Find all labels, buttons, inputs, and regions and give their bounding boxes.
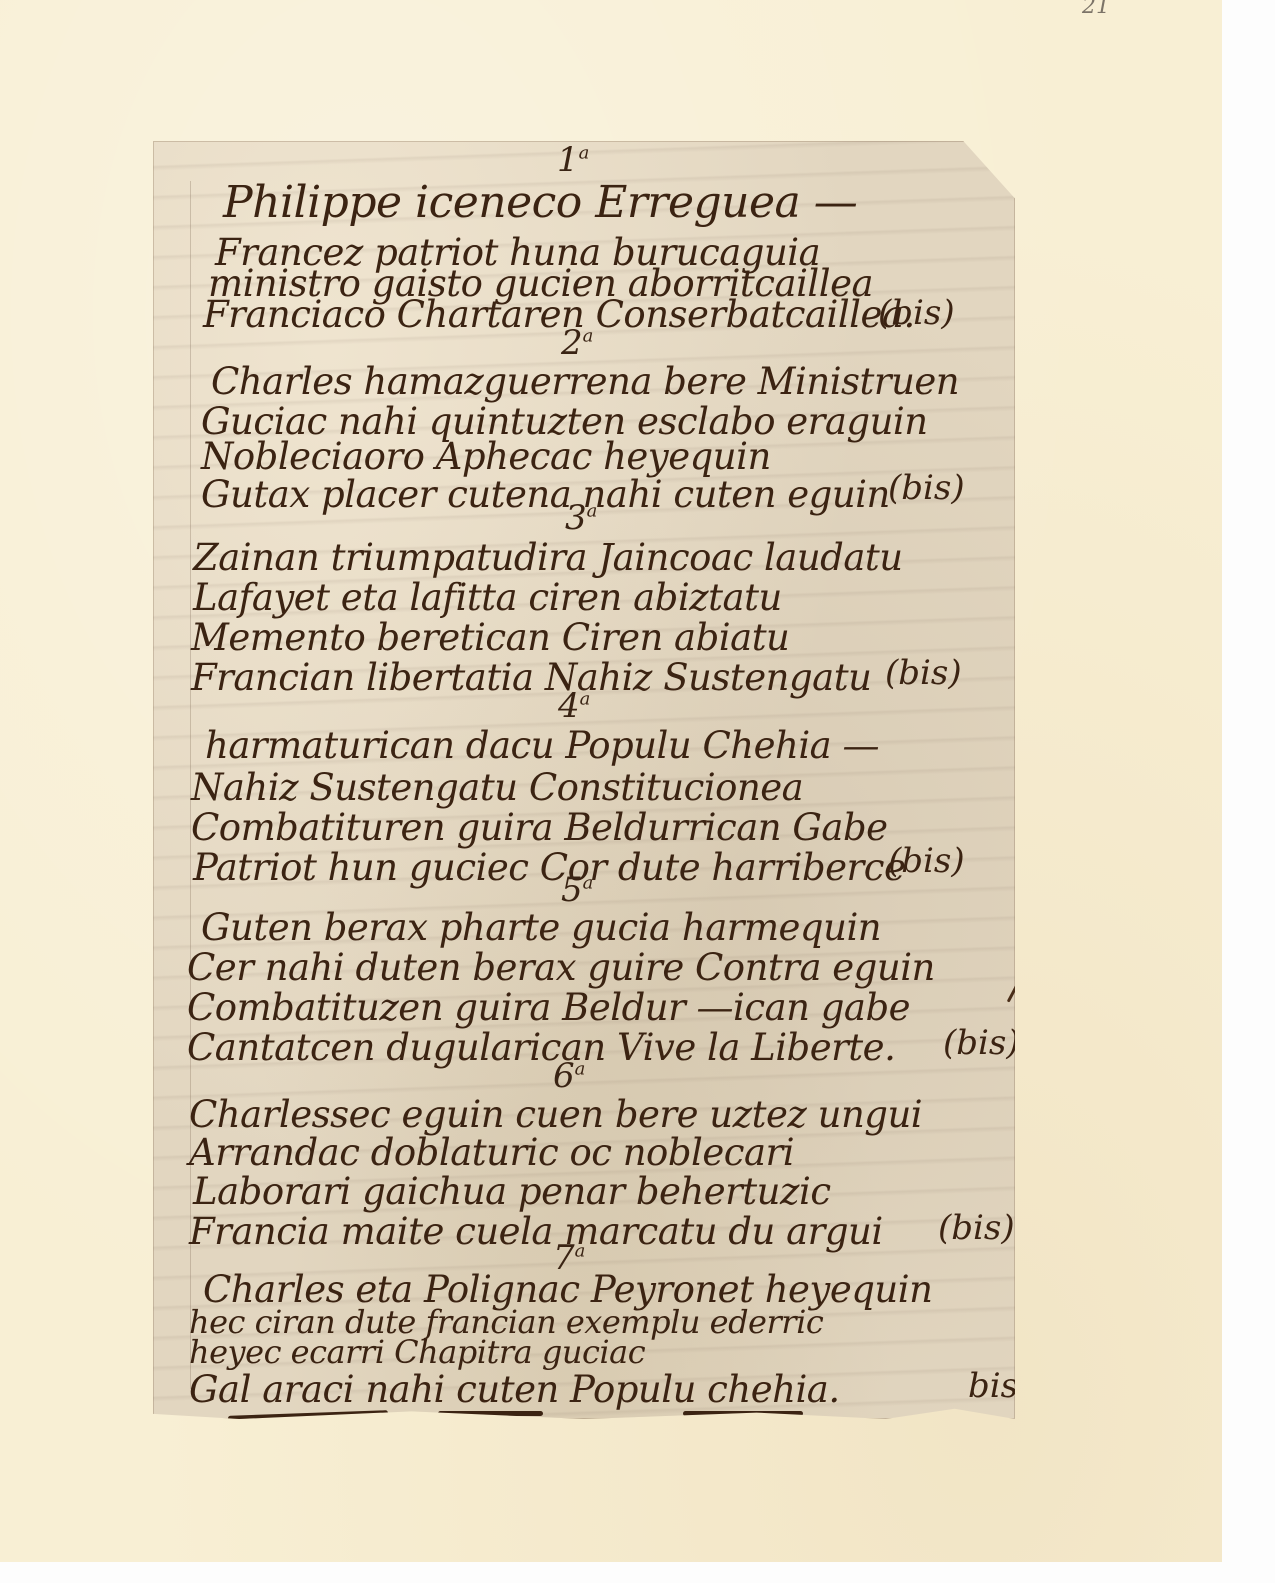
verse-line: Franciaco Chartaren Conserbatcaillea. <box>203 296 915 333</box>
verse-line: Nahiz Sustengatu Constitucionea <box>191 769 803 806</box>
stanza-number: 5a <box>561 873 593 907</box>
refrain-bis: bis <box>968 1369 1018 1403</box>
refrain-bis: (bis) <box>885 656 962 690</box>
verse-line: Gutax placer cutena nahi cuten eguin <box>201 476 890 513</box>
folio-number: 21 <box>1082 0 1110 19</box>
verse-line: Charles hamazguerrena bere Ministruen <box>211 363 959 400</box>
verse-line: Combatituzen guira Beldur —ican gabe <box>187 989 910 1026</box>
refrain-bis: (bis) <box>888 471 965 505</box>
verse-line: Patriot hun guciec Cor dute harriberce <box>193 849 905 886</box>
verse-line: Combatituren guira Beldurrican Gabe <box>191 809 888 846</box>
refrain-bis: (bis) <box>888 844 965 878</box>
verse-line: Arrandac doblaturic oc noblecari <box>189 1134 794 1171</box>
verse-line: Francian libertatia Nahiz Sustengatu <box>191 659 871 696</box>
refrain-bis: (bis) <box>878 296 955 330</box>
verse-line: heyec ecarri Chapitra guciac <box>189 1336 645 1368</box>
verse-line: Cantatcen dugularican Vive la Liberte. <box>187 1029 895 1066</box>
stanza-number: 1a <box>557 143 589 177</box>
stanza-number: 2a <box>561 326 593 360</box>
verse-line: Zainan triumpatudira Jaincoac laudatu <box>193 539 903 576</box>
manuscript-sheet: 1a Philippe iceneco Erreguea — Francez p… <box>153 141 1015 1419</box>
verse-line: Francia maite cuela marcatu du argui <box>189 1213 883 1250</box>
verse-line: Gal araci nahi cuten Populu chehia. <box>189 1371 840 1408</box>
stanza-number: 3a <box>565 501 597 535</box>
stanza-number: 6a <box>553 1059 585 1093</box>
verse-line: Lafayet eta lafitta ciren abiztatu <box>193 579 782 616</box>
verse-line: Guten berax pharte gucia harmequin <box>201 909 881 946</box>
verse-line: harmaturican dacu Populu Chehia — <box>205 727 879 764</box>
verse-line: Philippe iceneco Erreguea — <box>223 181 857 225</box>
verse-line: Charlessec eguin cuen bere uztez ungui <box>189 1096 922 1133</box>
verse-line: Nobleciaoro Aphecac heyequin <box>201 438 771 475</box>
refrain-bis: (bis) <box>938 1211 1015 1245</box>
verse-line: Laborari gaichua penar behertuzic <box>193 1173 831 1210</box>
refrain-bis: (bis) <box>943 1026 1020 1060</box>
verse-line: Cer nahi duten berax guire Contra eguin <box>187 949 935 986</box>
verse-line: Memento beretican Ciren abiatu <box>191 619 789 656</box>
stanza-number: 4a <box>558 689 590 723</box>
